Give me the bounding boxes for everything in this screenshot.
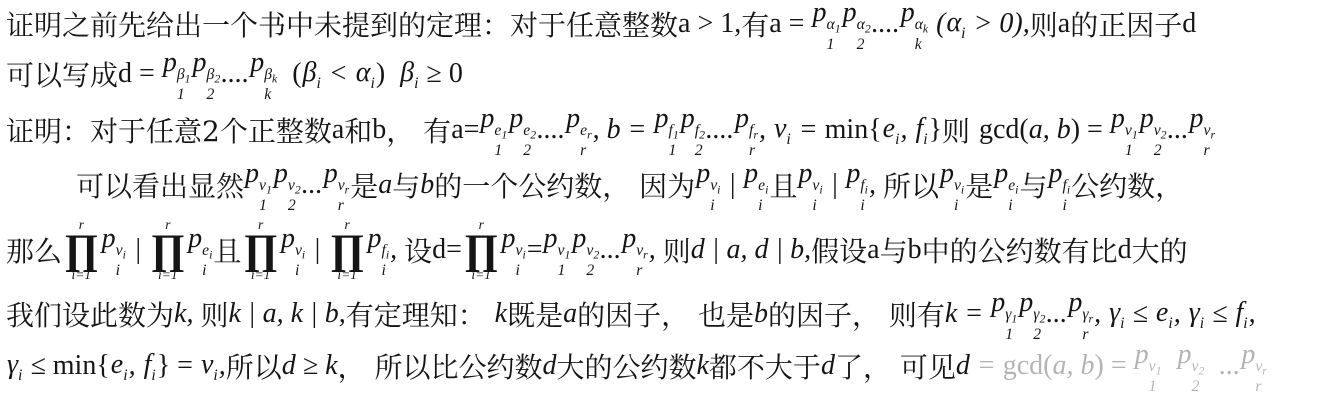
math-text: d ≥ k [282,350,338,382]
math-superscript: vi [954,177,964,197]
math-base: p [991,287,1005,318]
math-text: ≤ [1126,298,1155,330]
math-scripts: γ22 [1033,306,1045,343]
math-base: p [1111,103,1125,134]
math-subscript: i [710,197,714,215]
chinese-text: 是 [965,165,993,205]
math-base: p [655,103,669,134]
math-text: .... [537,114,565,146]
math-base: p [250,47,264,78]
math-text: | [127,234,149,266]
math-atom: fi [144,347,156,385]
chinese-text: 有定理知： [346,294,495,334]
roman-text: gcd( [979,114,1029,146]
math-superscript: v1 [259,177,272,197]
roman-text: } = [157,350,200,382]
math-scripts: v22 [288,177,301,214]
math-superscript-sub: i [819,184,822,197]
product-symbol: r∏i=1 [151,218,186,282]
math-superscript: f1 [669,122,679,142]
math-atom: peii [994,156,1018,215]
roman-text: d = [118,58,162,90]
math-superscript: v2 [1154,122,1167,142]
product-glyph: ∏ [243,232,278,269]
math-atom: pfrr [735,101,758,160]
math-atom: pvii [501,221,525,280]
math-subscript: i [961,25,965,42]
math-scripts: α22 [857,16,871,53]
math-scripts: e11 [494,122,507,159]
math-scripts: eii [202,242,212,279]
math-base: p [566,103,580,134]
math-text: | [306,234,328,266]
chinese-text: 与 [392,165,420,205]
math-atom: pe11 [480,101,507,160]
math-base: α [946,7,961,38]
math-scripts: fii [1062,177,1070,214]
math-text: b [420,169,434,201]
math-text: ... [1205,350,1240,382]
document-page: 证明之前先给出一个书中未提到的定理：对于任意整数a > 1,有a = pα11p… [0,0,1324,395]
math-subscript: 1 [558,262,566,280]
math-atom: pβ11 [163,45,191,104]
math-superscript-sub: 2 [1161,129,1167,142]
math-scripts: v11 [1125,122,1138,159]
product-lower-limit: i=1 [471,268,491,281]
chinese-text: 了， 可见 [835,346,956,386]
math-subscript: i [786,131,790,148]
math-atom: peii [744,156,768,215]
math-text: k, [174,298,200,330]
math-atom: pvii [798,156,822,215]
text-line-proof-line-3: 那么r∏i=1pvii | r∏i=1peii且r∏i=1pvii | r∏i=… [6,212,1318,288]
chinese-text: 则 [663,230,691,270]
math-atom: pv22 [1177,337,1204,395]
math-text: = [792,114,825,146]
math-superscript-sub: 2 [214,73,220,86]
math-scripts: vrr [636,242,648,279]
math-subscript: i [515,262,519,280]
math-scripts: eii [1008,177,1018,214]
roman-text: a [1058,8,1070,40]
math-scripts: vii [515,242,525,279]
math-text: k [696,350,708,382]
math-superscript-sub: i [765,184,768,197]
math-subscript: i [758,197,762,215]
math-superscript-sub: 2 [295,184,301,197]
math-base: p [846,158,860,189]
math-scripts: α11 [826,16,840,53]
math-base: v [774,113,786,144]
math-text: , [1094,298,1108,330]
math-superscript: v1 [1125,122,1138,142]
math-superscript: ei [758,177,768,197]
math-base: p [188,223,202,254]
roman-text: a [332,114,344,146]
math-subscript: 2 [1191,378,1199,395]
roman-text: a = [769,8,811,40]
math-base: γ [1189,297,1200,328]
math-atom: pβ22 [193,45,221,104]
math-superscript-sub: i [717,184,720,197]
math-text: > 0), [967,8,1030,40]
math-base: p [744,158,758,189]
text-line-proof-line-5: γi ≤ min{ei, fi} = vi,所以d ≥ k， 所以比公约数d大的… [6,340,1318,392]
math-superscript-sub: 2 [593,249,599,262]
math-superscript-sub: i [1015,184,1018,197]
roman-text: d= [432,234,462,266]
math-base: p [245,158,259,189]
product-symbol: r∏i=1 [464,218,499,282]
math-base: γ [7,349,18,380]
product-lower-limit: i=1 [337,268,357,281]
chinese-text: 我们设此数为 [6,294,174,334]
math-text: < [322,58,355,90]
text-line-proof-line-4: 我们设此数为k, 则k | a, k | b,有定理知： k既是a的因子， 也是… [6,288,1318,340]
math-superscript-sub: 2 [699,129,705,142]
math-subscript: i [1062,197,1066,215]
math-superscript-sub: 2 [865,23,871,36]
math-subscript: r [1255,378,1261,395]
math-atom: pvii [940,156,964,215]
math-base: e [1156,297,1168,328]
math-superscript: f2 [695,122,705,142]
math-subscript: i [923,131,927,148]
math-subscript: i [414,75,418,92]
chinese-text: ， 有 [386,110,451,150]
math-subscript: i [202,262,206,280]
math-superscript-sub: i [961,184,964,197]
math-subscript: r [1204,142,1210,160]
math-atom: pv11 [245,156,272,215]
chinese-text: 假设 [811,230,867,270]
math-text: , [1174,298,1188,330]
product-glyph: ∏ [151,232,186,269]
math-text: , [129,350,143,382]
chinese-text: ， 所以比公约数 [338,346,543,386]
math-text: , [649,234,663,266]
math-superscript: er [580,122,592,142]
math-superscript: vi [295,242,305,262]
math-base: p [901,0,915,28]
math-base: β [303,57,317,88]
math-scripts: vrr [338,177,350,214]
math-scripts: fii [860,177,868,214]
math-subscript: k [264,86,271,104]
math-subscript: 2 [1154,142,1162,160]
math-text: ... [600,234,621,266]
roman-text: = [527,234,543,266]
math-subscript: 1 [669,142,677,160]
math-base: p [940,158,954,189]
math-superscript: fi [381,242,389,262]
math-subscript: i [895,131,899,148]
math-subscript: i [860,197,864,215]
math-base: p [501,223,515,254]
math-atom: pvrr [324,156,350,215]
chinese-text: 则 [942,110,979,150]
chinese-text: 大的公约数 [556,346,696,386]
math-atom: pβkk [250,45,277,104]
math-atom: pfii [367,221,389,280]
math-base: β [400,57,414,88]
chinese-text: 且 [213,230,241,270]
math-atom: vi [774,111,791,149]
math-base: p [1135,339,1149,370]
product-lower-limit: i=1 [158,268,178,281]
math-text: , [1249,298,1256,330]
math-superscript: fi [1062,177,1070,197]
math-atom: γi [1109,295,1124,333]
product-symbol: r∏i=1 [64,218,99,282]
math-superscript: v1 [558,242,571,262]
proof-document: 证明之前先给出一个书中未提到的定理：对于任意整数a > 1,有a = pα11p… [6,2,1318,392]
math-text: , [219,350,226,382]
math-text [1162,350,1176,382]
math-atom: βi [400,55,418,93]
math-superscript: vi [710,177,720,197]
math-base: p [193,47,207,78]
math-atom: pfii [846,156,868,215]
math-subscript: i [1168,315,1172,332]
math-scripts: v11 [259,177,272,214]
roman-text: b [372,114,386,146]
math-base: p [544,223,558,254]
math-base: e [111,349,123,380]
math-superscript-sub: i [522,249,525,262]
chinese-text: 都不大于 [709,346,821,386]
math-text: , [390,234,404,266]
math-superscript: v1 [1149,358,1162,378]
chinese-text: 是 [350,165,378,205]
chinese-text: 可以看出显然 [76,165,244,205]
roman-text: min{ [825,114,882,146]
math-superscript: ei [202,242,212,262]
math-atom: αi [356,55,375,93]
math-superscript: γ1 [1005,306,1017,326]
chinese-text: 证明：对于任意2个正整数 [6,110,332,150]
math-superscript: αk [915,16,928,36]
math-subscript: i [213,367,217,384]
math-subscript: i [1200,315,1204,332]
math-superscript-sub: 1 [564,249,570,262]
math-base: p [509,103,523,134]
math-subscript: 1 [1125,142,1133,160]
math-scripts: f11 [669,122,679,159]
math-scripts: v22 [586,242,599,279]
math-text: d | a, d | b, [691,234,811,266]
math-text: ( [929,8,945,40]
math-superscript-sub: i [865,184,868,197]
math-atom: pf22 [681,101,705,160]
math-superscript-sub: r [1211,129,1216,142]
math-scripts: frr [749,122,758,159]
math-base: p [480,103,494,134]
roman-text: ≥ 0 [419,58,462,90]
math-scripts: γ11 [1005,306,1017,343]
chinese-text: 与 [1019,165,1047,205]
chinese-text: 则 [200,294,228,334]
math-superscript: vi [515,242,525,262]
math-subscript: 2 [857,36,865,54]
math-superscript-sub: r [1089,313,1094,326]
roman-text: b [908,234,922,266]
math-superscript-sub: 1 [266,184,272,197]
math-atom: pvrr [622,221,648,280]
product-glyph: ∏ [64,232,99,269]
math-subscript: 2 [288,197,296,215]
chinese-text: 所以 [883,165,939,205]
math-atom: pv11 [1135,337,1162,395]
math-atom: pγrr [1068,285,1093,344]
math-text: | [824,169,846,201]
math-superscript: α1 [826,16,840,36]
math-atom: pv11 [1111,101,1138,160]
math-atom: ei [883,111,900,149]
math-scripts: v22 [1154,122,1167,159]
math-atom: pα22 [843,0,871,53]
product-lower-limit: i=1 [72,268,92,281]
math-scripts: v11 [558,242,571,279]
math-base: v [201,349,213,380]
chinese-text: 的因子， 则有 [768,294,945,334]
chinese-text: 那么 [6,230,62,270]
text-line-theorem-statement-2: 可以写成d = pβ11pβ22....pβkk (βi < αi) βi ≥ … [6,46,1318,102]
math-subscript: i [954,197,958,215]
math-atom: pvii [281,221,305,280]
math-scripts: e22 [523,122,536,159]
math-superscript: vr [338,177,350,197]
product-symbol: r∏i=1 [243,218,278,282]
math-atom: pγ22 [1019,285,1045,344]
math-base: p [274,158,288,189]
math-text: ... [1168,114,1189,146]
math-subscript: 1 [177,86,185,104]
math-atom: pv22 [1140,101,1167,160]
math-subscript: i [151,367,155,384]
math-subscript: i [381,262,385,280]
math-superscript: v2 [1191,358,1204,378]
math-scripts: βkk [264,66,277,103]
math-subscript: 1 [1149,378,1157,395]
math-subscript: 2 [586,262,594,280]
math-scripts: vii [116,242,126,279]
math-subscript: r [580,142,586,160]
math-superscript: vi [812,177,822,197]
chinese-text: 和 [344,110,372,150]
math-base: p [812,0,826,28]
math-base: p [994,158,1008,189]
math-base: e [883,113,895,144]
math-text: b [754,298,768,330]
math-scripts: err [580,122,592,159]
math-superscript-sub: 2 [530,129,536,142]
math-atom: γi [1189,295,1204,333]
math-scripts: vrr [1255,358,1267,395]
chinese-text: 设 [404,230,432,270]
math-superscript-sub: 2 [1198,365,1204,378]
math-text: d [821,350,835,382]
math-subscript: k [915,36,922,54]
chinese-text: 所以 [226,346,282,386]
math-text: ≤ [23,350,52,382]
math-base: α [356,57,371,88]
math-atom: perr [566,101,592,160]
math-scripts: v11 [1149,358,1162,395]
math-superscript-sub: r [1262,365,1267,378]
math-superscript: vr [1204,122,1216,142]
math-superscript: β1 [177,66,191,86]
math-subscript: r [636,262,642,280]
chinese-text: 大的 [1132,230,1188,270]
math-base: p [622,223,636,254]
math-subscript: i [812,197,816,215]
math-base: p [324,158,338,189]
math-scripts: eii [758,177,768,214]
math-base: p [798,158,812,189]
math-superscript: e2 [523,122,536,142]
math-text: k | a, k | b, [228,298,345,330]
math-superscript: fr [749,122,758,142]
math-atom: peii [188,221,212,280]
math-subscript: 2 [207,86,215,104]
math-scripts: fii [381,242,389,279]
math-superscript-sub: 1 [1132,129,1138,142]
math-atom: pvii [696,156,720,215]
math-text: ... [1046,298,1067,330]
math-text: ... [302,169,323,201]
math-superscript: v2 [586,242,599,262]
math-subscript: i [317,75,321,92]
math-subscript: i [123,367,127,384]
math-superscript: vr [1255,358,1267,378]
math-scripts: v22 [1191,358,1204,395]
math-base: p [1019,287,1033,318]
math-text: a, b [1029,114,1071,146]
roman-text: ) = [1095,350,1134,382]
math-superscript-sub: r [587,129,592,142]
math-superscript-sub: 1 [1011,313,1017,326]
math-text: , b = [593,114,654,146]
math-atom: pα11 [812,0,840,53]
math-base: p [1177,339,1191,370]
math-subscript: i [295,262,299,280]
math-superscript-sub: 1 [185,73,191,86]
product-lower-limit: i=1 [251,268,271,281]
math-superscript-sub: 1 [501,129,507,142]
math-atom: γi [7,347,22,385]
math-text: .... [221,58,249,90]
math-superscript: e1 [494,122,507,142]
chinese-text: 有 [741,4,769,44]
math-text: d [542,350,556,382]
roman-text: ) [376,58,399,90]
math-text: d [956,350,970,382]
math-superscript: ei [1008,177,1018,197]
math-atom: fi [915,111,927,149]
math-text: k [495,298,507,330]
math-superscript-sub: r [345,184,350,197]
chinese-text: 中的公约数有比 [922,230,1118,270]
chinese-text: 可以写成 [6,54,118,94]
math-scripts: αkk [915,16,928,53]
math-atom: pfii [1048,156,1070,215]
math-base: p [102,223,116,254]
text-line-proof-line-1: 证明：对于任意2个正整数a和b， 有a=pe11pe22....perr, b … [6,102,1318,158]
math-atom: pv11 [544,221,571,280]
math-text: a [563,298,577,330]
math-superscript: fi [860,177,868,197]
